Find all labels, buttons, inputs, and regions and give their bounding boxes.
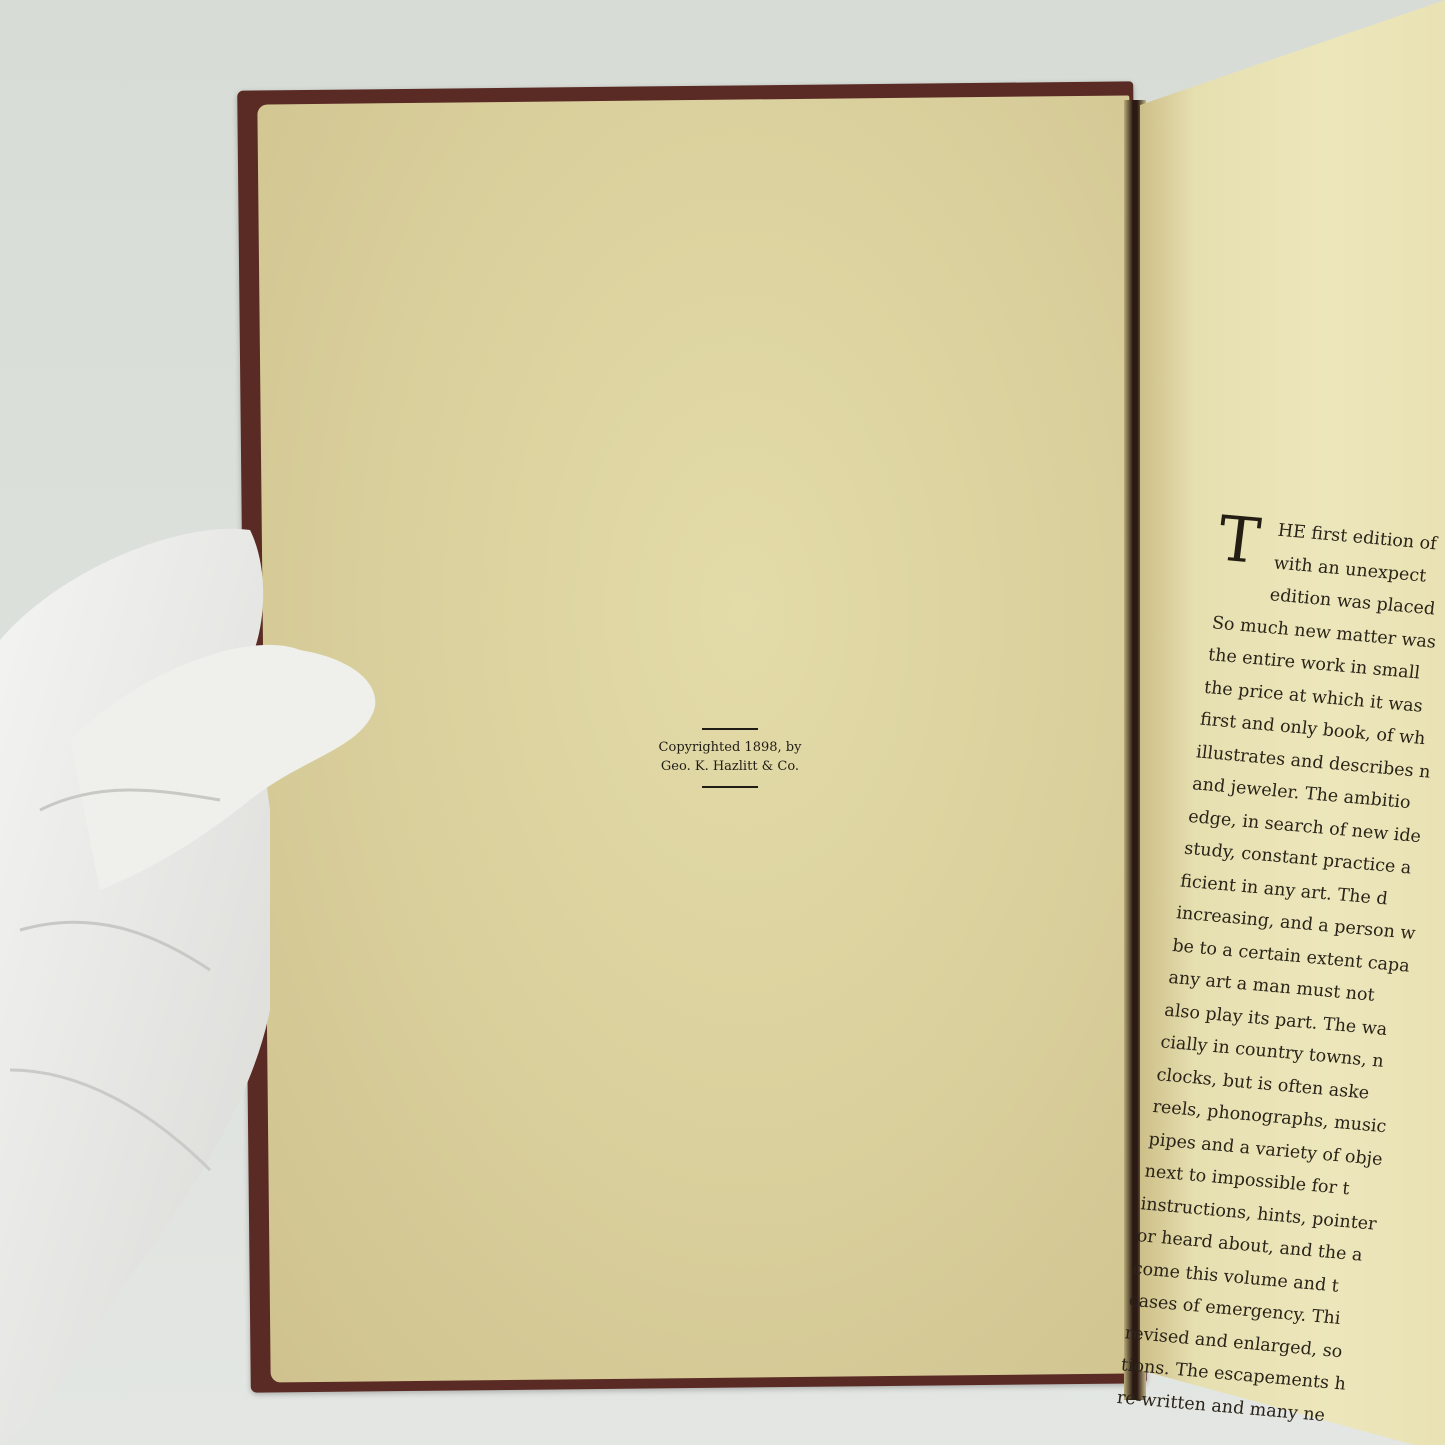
copyright-notice: Copyrighted 1898, by Geo. K. Hazlitt & C… [640,728,820,788]
rule-top [702,728,758,730]
copyright-line-1: Copyrighted 1898, by [640,738,820,757]
rule-bottom [702,786,758,788]
copyright-line-2: Geo. K. Hazlitt & Co. [640,757,820,776]
white-glove-hand [0,510,380,1445]
book-photo: Copyrighted 1898, by Geo. K. Hazlitt & C… [0,0,1445,1445]
drop-cap: T [1215,508,1264,573]
